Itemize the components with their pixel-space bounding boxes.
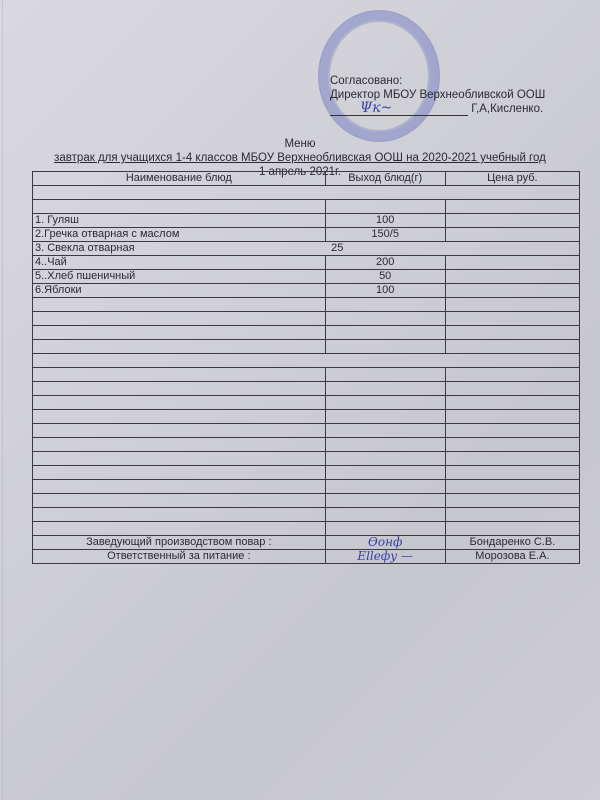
table-row-empty	[33, 396, 580, 410]
approval-block: Согласовано: Директор МБОУ Верхнеобливск…	[330, 74, 545, 102]
table-row-empty	[33, 508, 580, 522]
header-dish: Наименование блюд	[33, 172, 326, 186]
table-row-empty	[33, 200, 580, 214]
table-row: 1. Гуляш 100	[33, 214, 580, 228]
table-header: Наименование блюд Выход блюд(г) Цена руб…	[33, 172, 580, 186]
signature-row-cook: Заведующий производством повар : Ѳонф Бо…	[33, 536, 580, 550]
page-edge	[2, 0, 7, 800]
table-row: 3. Свекла отварная 25	[33, 242, 580, 256]
table-row-empty	[33, 480, 580, 494]
responsible-signature: Еllефу —	[325, 550, 445, 564]
table-row-empty	[33, 186, 580, 200]
header-yield: Выход блюд(г)	[325, 172, 445, 186]
table-row: 6.Яблоки 100	[33, 284, 580, 298]
table-row-empty	[33, 466, 580, 480]
table-row-empty	[33, 382, 580, 396]
table-row: 5..Хлеб пшеничный 50	[33, 270, 580, 284]
table-row-empty	[33, 340, 580, 354]
director-signature: Ψк~	[360, 100, 392, 116]
table-row-empty	[33, 368, 580, 382]
table-row-empty	[33, 312, 580, 326]
table-row-empty	[33, 452, 580, 466]
cook-signature: Ѳонф	[325, 536, 445, 550]
table-row-empty	[33, 326, 580, 340]
menu-table: Наименование блюд Выход блюд(г) Цена руб…	[32, 171, 580, 564]
approval-agreed: Согласовано:	[330, 74, 545, 88]
table-row: 2.Гречка отварная с маслом 150/5	[33, 228, 580, 242]
table-row-empty	[33, 354, 580, 368]
table-row-empty	[33, 522, 580, 536]
table-row-empty	[33, 494, 580, 508]
approval-name: Г,А,Кисленко.	[471, 103, 543, 115]
table-row: 4..Чай 200	[33, 256, 580, 270]
signature-row-responsible: Ответственный за питание : Еllефу — Моро…	[33, 550, 580, 564]
menu-subtitle: завтрак для учащихся 1-4 классов МБОУ Ве…	[0, 151, 600, 165]
table-row-empty	[33, 438, 580, 452]
table-row-empty	[33, 298, 580, 312]
signature-underline	[330, 103, 468, 116]
header-price: Цена руб.	[445, 172, 579, 186]
menu-heading: Меню	[0, 137, 600, 151]
table-row-empty	[33, 410, 580, 424]
table-row-empty	[33, 424, 580, 438]
